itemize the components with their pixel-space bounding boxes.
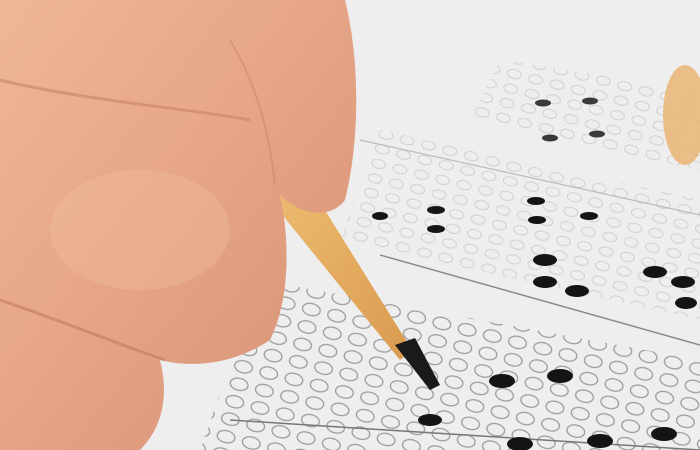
photo-scene <box>0 0 700 450</box>
answer-sheet-photo <box>0 0 700 450</box>
